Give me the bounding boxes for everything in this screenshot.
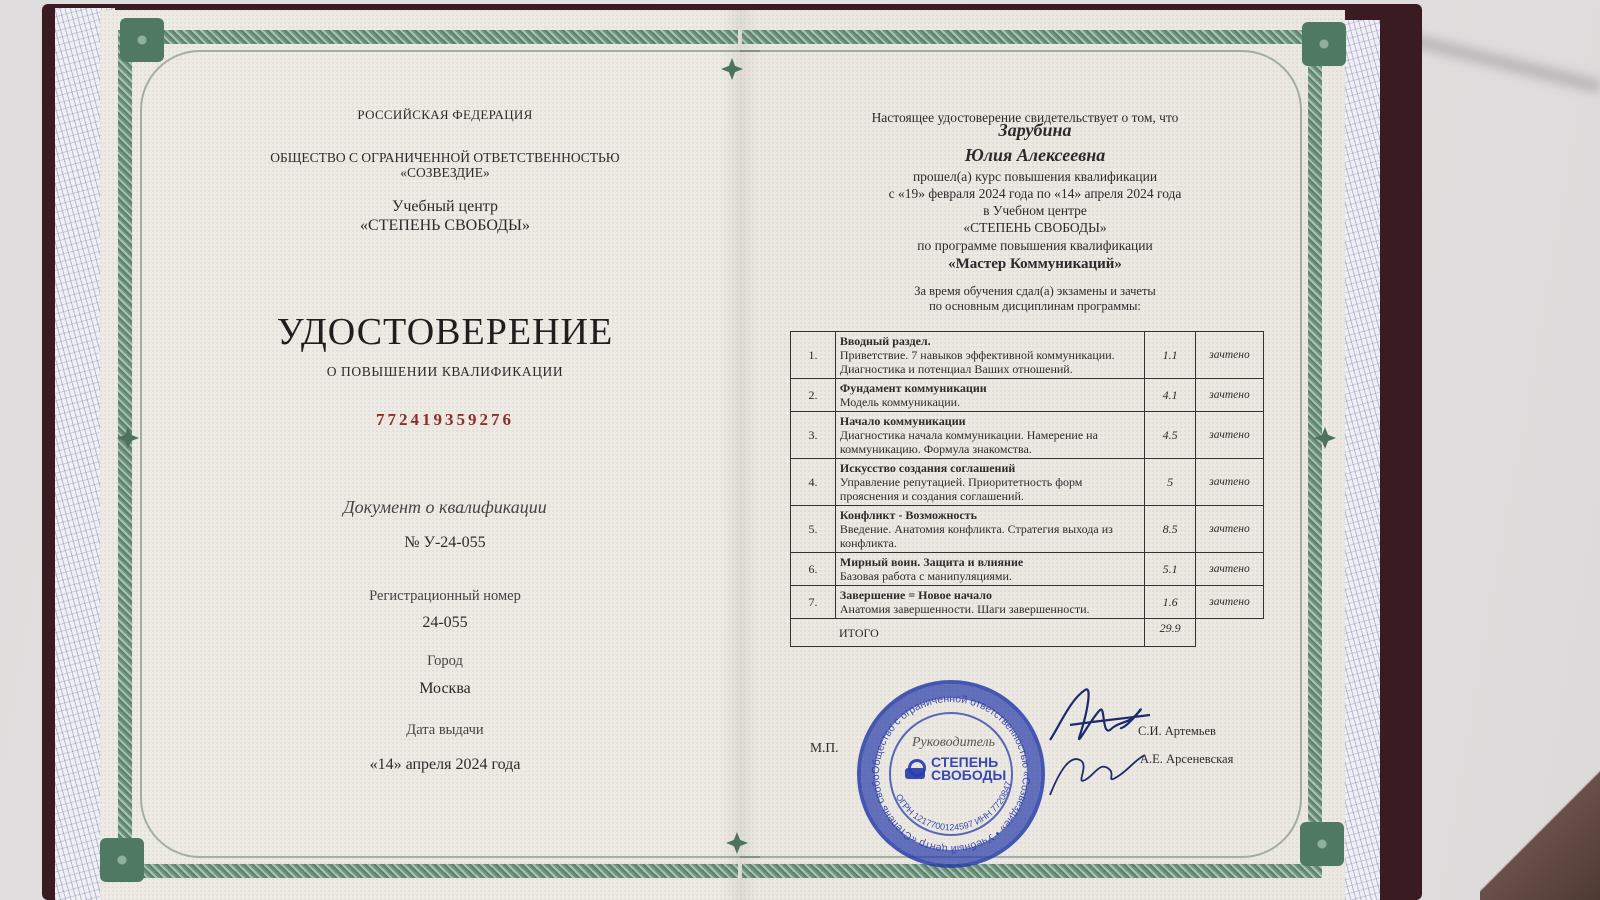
discipline-cell: Конфликт - ВозможностьВведение. Анатомия…: [835, 506, 1144, 553]
padlock-logo-icon: [905, 759, 927, 779]
organization-line: ОБЩЕСТВО С ОГРАНИЧЕННОЙ ОТВЕТСТВЕННОСТЬЮ: [200, 150, 690, 165]
marble-vein: [1396, 30, 1600, 94]
discipline-hours: 5.1: [1145, 553, 1196, 586]
discipline-title: Искусство создания соглашений: [840, 461, 1140, 475]
discipline-row: 1.Вводный раздел.Приветствие. 7 навыков …: [791, 332, 1264, 379]
registration-number: 24-055: [200, 614, 690, 632]
discipline-row: 5.Конфликт - ВозможностьВведение. Анатом…: [791, 506, 1264, 553]
course-statement: прошел(а) курс повышения квалификации: [800, 169, 1270, 185]
discipline-hours: 1.1: [1145, 332, 1196, 379]
discipline-description: Модель коммуникации.: [840, 395, 1140, 409]
discipline-description: Анатомия завершенности. Шаги завершеннос…: [840, 602, 1140, 616]
discipline-result: зачтено: [1196, 459, 1264, 506]
exams-statement: За время обучения сдал(а) экзамены и зач…: [800, 284, 1270, 299]
discipline-cell: Начало коммуникацииДиагностика начала ко…: [835, 412, 1144, 459]
program-label: по программе повышения квалификации: [800, 238, 1270, 254]
discipline-title: Мирный воин. Защита и влияние: [840, 555, 1140, 569]
discipline-result: зачтено: [1196, 586, 1264, 619]
discipline-title: Вводный раздел.: [840, 334, 1140, 348]
country-name: РОССИЙСКАЯ ФЕДЕРАЦИЯ: [200, 107, 690, 123]
organization-name: ОБЩЕСТВО С ОГРАНИЧЕННОЙ ОТВЕТСТВЕННОСТЬЮ…: [200, 150, 690, 180]
city-label: Город: [200, 653, 690, 670]
discipline-row: 3.Начало коммуникацииДиагностика начала …: [791, 412, 1264, 459]
discipline-number: 5.: [791, 506, 836, 553]
discipline-cell: Мирный воин. Защита и влияниеБазовая раб…: [835, 553, 1144, 586]
exams-statement: по основным дисциплинам программы:: [800, 299, 1270, 314]
issue-date-label: Дата выдачи: [200, 722, 690, 739]
total-label: ИТОГО: [791, 619, 1145, 647]
discipline-cell: Фундамент коммуникацииМодель коммуникаци…: [835, 379, 1144, 412]
discipline-row: 7.Завершение = Новое началоАнатомия заве…: [791, 586, 1264, 619]
program-name: «Мастер Коммуникаций»: [800, 256, 1270, 273]
discipline-title: Фундамент коммуникации: [840, 381, 1140, 395]
disciplines-table: 1.Вводный раздел.Приветствие. 7 навыков …: [790, 331, 1264, 647]
discipline-hours: 4.5: [1145, 412, 1196, 459]
registration-label: Регистрационный номер: [200, 588, 690, 605]
security-underlay-right: [1340, 20, 1380, 900]
course-period: с «19» февраля 2024 года по «14» апреля …: [800, 186, 1270, 202]
serial-number: 772419359276: [200, 410, 690, 430]
total-row: ИТОГО 29.9: [791, 619, 1264, 647]
discipline-title: Начало коммуникации: [840, 414, 1140, 428]
discipline-hours: 1.6: [1145, 586, 1196, 619]
discipline-cell: Завершение = Новое началоАнатомия заверш…: [835, 586, 1144, 619]
certificate-title: УДОСТОВЕРЕНИЕ: [200, 310, 690, 354]
training-center-line: Учебный центр: [200, 197, 690, 216]
discipline-description: Управление репутацией. Приоритетность фо…: [840, 475, 1140, 503]
discipline-description: Приветствие. 7 навыков эффективной комму…: [840, 348, 1140, 376]
discipline-hours: 8.5: [1145, 506, 1196, 553]
discipline-hours: 4.1: [1145, 379, 1196, 412]
corner-rosette-icon: [100, 838, 144, 882]
discipline-result: зачтено: [1196, 553, 1264, 586]
discipline-number: 2.: [791, 379, 836, 412]
discipline-hours: 5: [1145, 459, 1196, 506]
discipline-result: зачтено: [1196, 379, 1264, 412]
discipline-description: Диагностика начала коммуникации. Намерен…: [840, 428, 1140, 456]
discipline-cell: Искусство создания соглашенийУправление …: [835, 459, 1144, 506]
signature-second: [1040, 740, 1160, 810]
discipline-result: зачтено: [1196, 506, 1264, 553]
training-center-line: «СТЕПЕНЬ СВОБОДЫ»: [200, 216, 690, 235]
certificate-subtitle: О ПОВЫШЕНИИ КВАЛИФИКАЦИИ: [200, 364, 690, 380]
discipline-number: 6.: [791, 553, 836, 586]
corner-rosette-icon: [120, 18, 164, 62]
discipline-number: 3.: [791, 412, 836, 459]
discipline-result: зачтено: [1196, 332, 1264, 379]
discipline-description: Введение. Анатомия конфликта. Стратегия …: [840, 522, 1140, 550]
stamp-logo-line: СВОБОДЫ: [931, 769, 1006, 782]
total-hours: 29.9: [1145, 619, 1196, 647]
city-value: Москва: [200, 680, 690, 698]
total-empty-cell: [1196, 619, 1264, 647]
discipline-row: 2.Фундамент коммуникацииМодель коммуника…: [791, 379, 1264, 412]
issue-date: «14» апреля 2024 года: [200, 756, 690, 774]
discipline-number: 1.: [791, 332, 836, 379]
center-name: «СТЕПЕНЬ СВОБОДЫ»: [800, 220, 1270, 236]
organization-line: «СОЗВЕЗДИЕ»: [200, 165, 690, 180]
holder-given-names: Юлия Алексеевна: [800, 145, 1270, 166]
corner-rosette-icon: [1302, 22, 1346, 66]
discipline-cell: Вводный раздел.Приветствие. 7 навыков эф…: [835, 332, 1144, 379]
training-center-name: Учебный центр «СТЕПЕНЬ СВОБОДЫ»: [200, 197, 690, 235]
holder-surname: Зарубина: [800, 120, 1270, 141]
discipline-row: 4.Искусство создания соглашенийУправлени…: [791, 459, 1264, 506]
discipline-title: Завершение = Новое начало: [840, 588, 1140, 602]
seal-place-label: М.П.: [810, 740, 839, 756]
center-statement: в Учебном центре: [800, 203, 1270, 219]
discipline-number: 7.: [791, 586, 836, 619]
stamp-logo: СТЕПЕНЬ СВОБОДЫ: [905, 756, 1015, 782]
corner-rosette-icon: [1300, 822, 1344, 866]
document-number: № У-24-055: [200, 534, 690, 552]
discipline-result: зачтено: [1196, 412, 1264, 459]
discipline-title: Конфликт - Возможность: [840, 508, 1140, 522]
discipline-number: 4.: [791, 459, 836, 506]
table-surface: [1480, 760, 1600, 900]
discipline-description: Базовая работа с манипуляциями.: [840, 569, 1140, 583]
official-stamp: Общество с ограниченной ответственностью…: [857, 680, 1045, 868]
discipline-row: 6.Мирный воин. Защита и влияниеБазовая р…: [791, 553, 1264, 586]
document-label: Документ о квалификации: [200, 497, 690, 518]
